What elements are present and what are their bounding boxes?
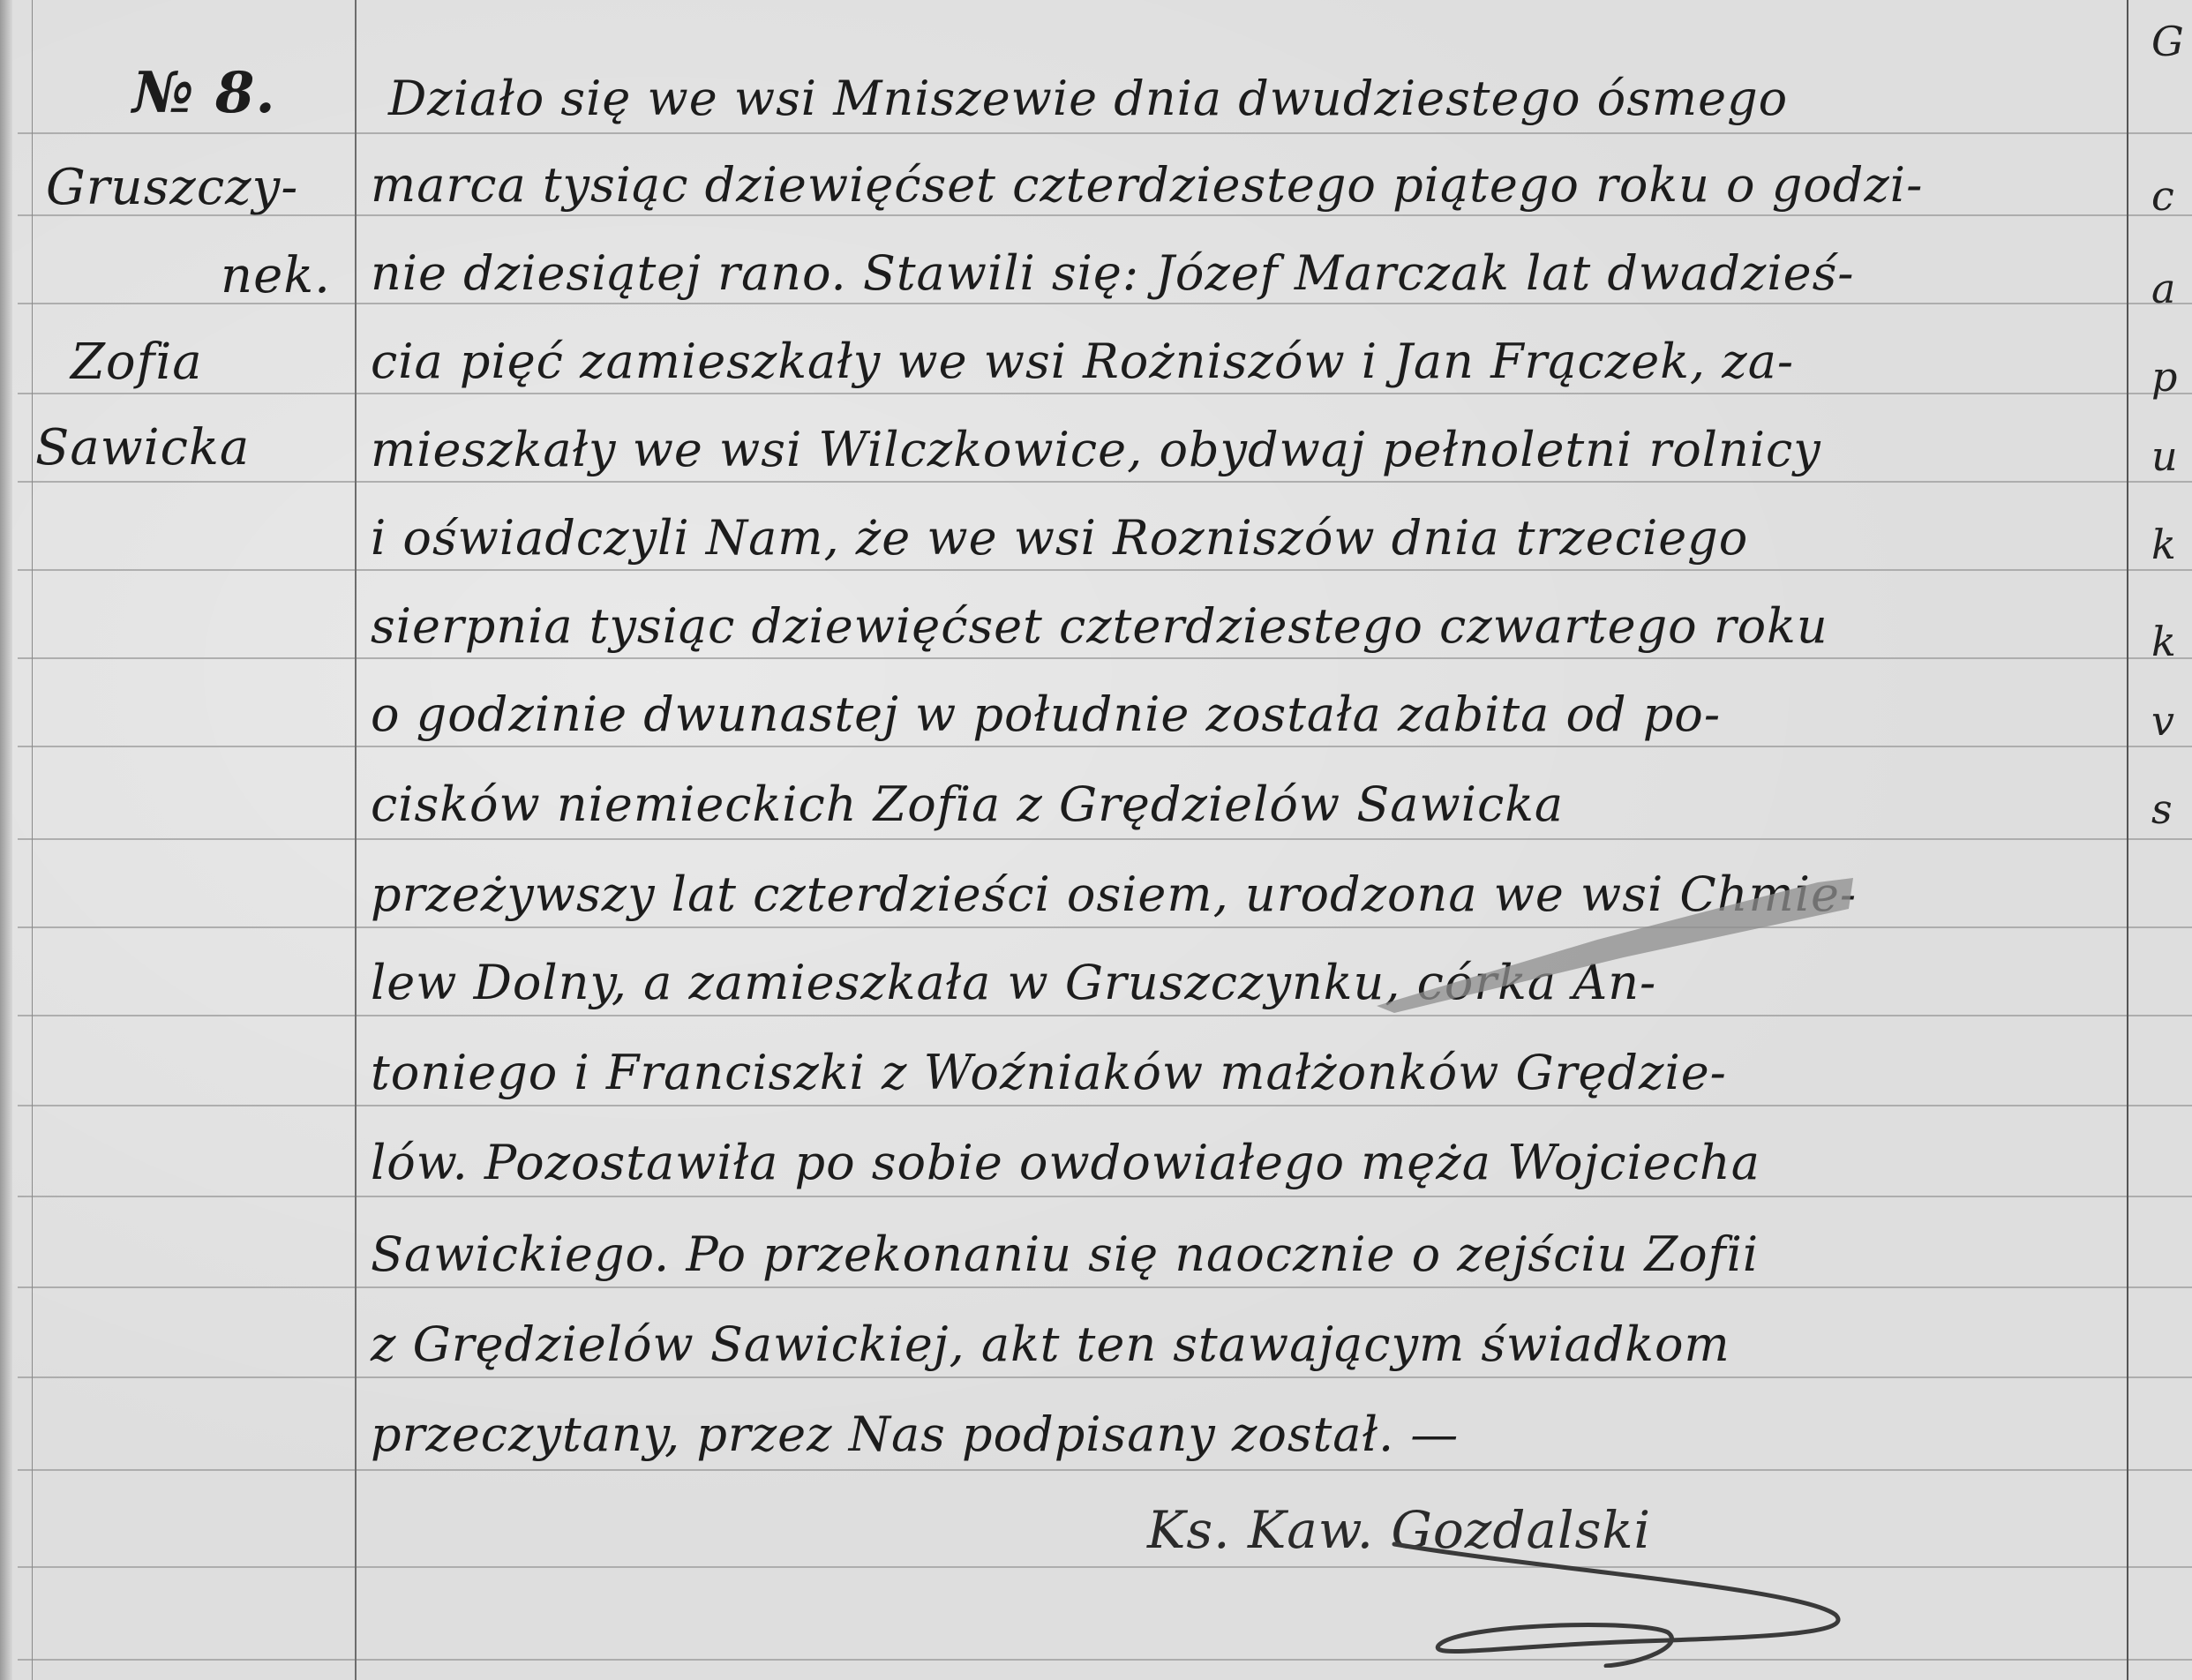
margin-deceased-surname: Sawicka [35, 419, 250, 476]
ruled-line [18, 481, 2192, 483]
record-line-2: marca tysiąc dziewięćset czterdziestego … [371, 157, 1923, 213]
record-line-5: mieszkały we wsi Wilczkowice, obydwaj pe… [371, 422, 1821, 477]
margin-place-line-2: nek. [221, 247, 331, 304]
record-line-6: i oświadczyli Nam, że we wsi Rozniszów d… [371, 510, 1748, 566]
record-line-8: o godzinie dwunastej w południe została … [371, 686, 1721, 742]
right-margin-letter: v [2151, 697, 2174, 745]
ruled-line [18, 214, 2192, 216]
record-line-1: Działo się we wsi Mniszewie dnia dwudzie… [388, 71, 1788, 126]
signature-flourish [1377, 1535, 1871, 1668]
record-line-4: cia pięć zamieszkały we wsi Rożniszów i … [371, 334, 1794, 389]
ruled-line [18, 393, 2192, 394]
outer-margin-rule [32, 0, 33, 1680]
ruled-line [18, 746, 2192, 747]
right-margin-letter: G [2151, 18, 2184, 65]
entry-number: № 8. [132, 60, 276, 126]
ink-smudge [1359, 874, 1853, 1015]
ruled-line [18, 569, 2192, 571]
ruled-line [18, 1469, 2192, 1471]
record-line-3: nie dziesiątej rano. Stawili się: Józef … [371, 245, 1855, 301]
right-margin-letter: k [2151, 521, 2176, 568]
ruled-line [18, 1105, 2192, 1106]
right-margin-letter: k [2151, 618, 2176, 665]
record-line-14: Sawickiego. Po przekonaniu się naocznie … [371, 1226, 1759, 1282]
ruled-line [18, 1196, 2192, 1197]
right-margin-rule [2127, 0, 2128, 1680]
record-line-12: toniego i Franciszki z Woźniaków małżonk… [371, 1045, 1727, 1100]
record-line-15: z Grędzielów Sawickiej, akt ten stawając… [371, 1316, 1730, 1372]
ruled-line [18, 1286, 2192, 1288]
ruled-line [18, 1376, 2192, 1378]
right-margin-letter: a [2151, 265, 2175, 312]
record-line-7: sierpnia tysiąc dziewięćset czterdzieste… [371, 598, 1828, 654]
record-line-13: lów. Pozostawiła po sobie owdowiałego mę… [371, 1135, 1760, 1190]
right-margin-letter: s [2151, 785, 2173, 833]
page-binding-edge [0, 0, 12, 1680]
right-margin-letter: u [2151, 432, 2178, 480]
margin-place-line-1: Gruszczy- [46, 159, 298, 216]
record-line-16: przeczytany, przez Nas podpisany został.… [371, 1406, 1459, 1462]
record-line-9: cisków niemieckich Zofia z Grędzielów Sa… [371, 776, 1564, 832]
ruled-line [18, 838, 2192, 840]
document-page: № 8. Gruszczy- nek. Zofia Sawicka Działo… [0, 0, 2192, 1680]
ruled-line [18, 926, 2192, 928]
ruled-line [18, 132, 2192, 134]
left-margin-rule [355, 0, 357, 1680]
ruled-line [18, 657, 2192, 659]
ruled-line [18, 303, 2192, 304]
ruled-line [18, 1015, 2192, 1016]
right-margin-letter: p [2151, 353, 2177, 401]
right-margin-letter: c [2151, 172, 2174, 220]
margin-deceased-first-name: Zofia [71, 334, 203, 391]
